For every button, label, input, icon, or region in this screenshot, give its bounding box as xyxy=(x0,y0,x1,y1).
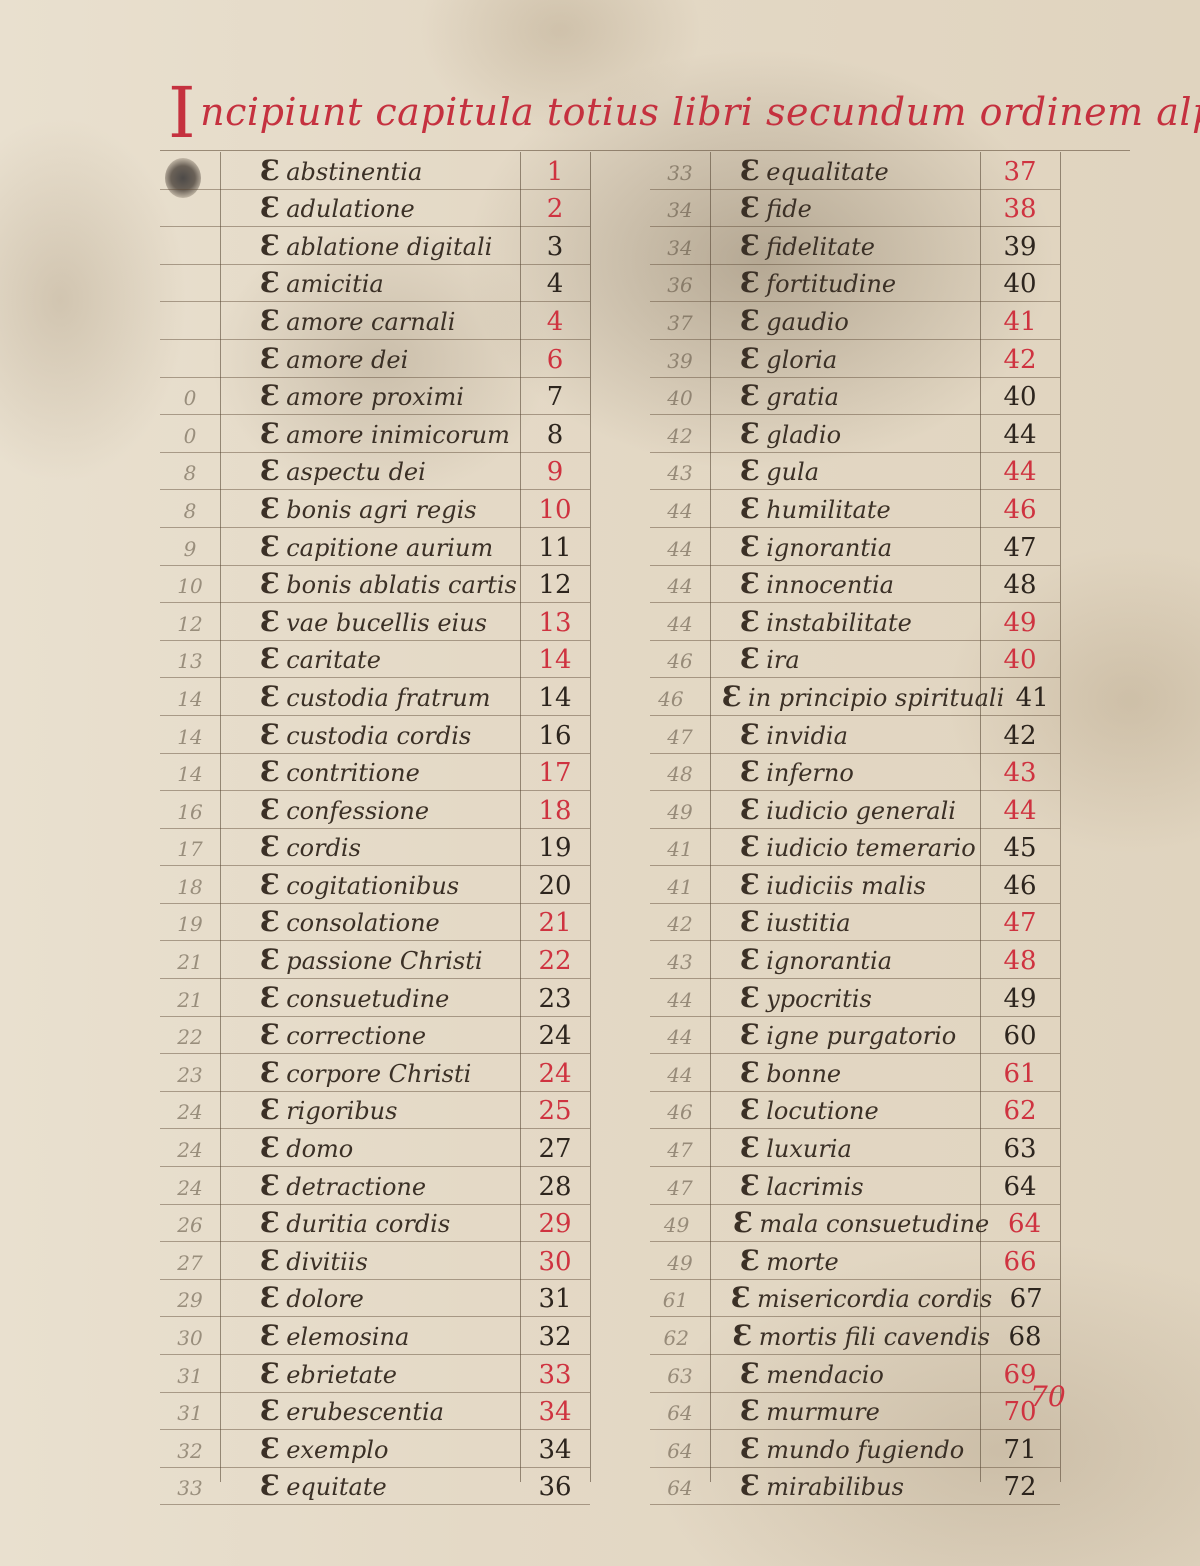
left-capitula-column: Ɛabstinentia1Ɛadulatione2Ɛablatione digi… xyxy=(160,152,590,1505)
folio-number: 12 xyxy=(160,612,220,640)
capitulum-title: Ɛrigoribus xyxy=(220,1093,520,1128)
folio-number: 41 xyxy=(650,837,710,865)
capitulum-row: Ɛadulatione2 xyxy=(160,190,590,228)
capitulum-row: 24Ɛdomo27 xyxy=(160,1129,590,1167)
capitulum-title-text: misericordia cordis xyxy=(757,1285,992,1313)
chapter-number: 21 xyxy=(520,908,590,940)
capitulum-row: 44Ɛhumilitate46 xyxy=(650,490,1060,528)
capitulum-row: 39Ɛgloria42 xyxy=(650,340,1060,378)
capitulum-title-text: amore proximi xyxy=(286,383,464,411)
capitulum-title: Ɛiustitia xyxy=(710,905,980,940)
folio-number xyxy=(160,222,220,226)
capitulum-title: Ɛfortitudine xyxy=(710,266,980,301)
folio-number: 62 xyxy=(650,1326,703,1354)
de-abbreviation-mark: Ɛ xyxy=(740,642,760,675)
capitulum-title-text: invidia xyxy=(766,722,848,750)
capitulum-row: 27Ɛdivitiis30 xyxy=(160,1242,590,1280)
capitulum-title-text: luxuria xyxy=(766,1135,852,1163)
capitulum-title: Ɛmortis fili cavendis xyxy=(703,1319,990,1354)
chapter-number: 27 xyxy=(520,1134,590,1166)
capitulum-title-text: instabilitate xyxy=(766,609,912,637)
capitulum-title-text: ignorantia xyxy=(766,534,892,562)
capitulum-title: Ɛequitate xyxy=(220,1469,520,1504)
de-abbreviation-mark: Ɛ xyxy=(733,1206,753,1239)
folio-number: 44 xyxy=(650,1063,710,1091)
capitulum-title: Ɛmundo fugiendo xyxy=(710,1432,980,1467)
capitulum-title: Ɛinvidia xyxy=(710,718,980,753)
capitulum-title-text: rigoribus xyxy=(286,1097,397,1125)
folio-number: 49 xyxy=(650,1213,703,1241)
capitulum-title-text: bonis ablatis cartis xyxy=(286,571,517,599)
folio-number: 47 xyxy=(650,1176,710,1204)
de-abbreviation-mark: Ɛ xyxy=(260,1281,280,1314)
capitulum-row: 49Ɛiudicio generali44 xyxy=(650,791,1060,829)
folio-number: 47 xyxy=(650,1138,710,1166)
chapter-number: 19 xyxy=(520,833,590,865)
capitulum-row: 44Ɛypocritis49 xyxy=(650,979,1060,1017)
capitulum-title-text: ablatione digitali xyxy=(286,233,492,261)
folio-number: 14 xyxy=(160,687,220,715)
chapter-number: 64 xyxy=(989,1209,1060,1241)
capitulum-row: 31Ɛebrietate33 xyxy=(160,1355,590,1393)
capitulum-title: Ɛgloria xyxy=(710,342,980,377)
de-abbreviation-mark: Ɛ xyxy=(740,1357,760,1390)
de-abbreviation-mark: Ɛ xyxy=(740,868,760,901)
folio-number: 22 xyxy=(160,1025,220,1053)
folio-number: 8 xyxy=(160,461,220,489)
capitulum-title-text: caritate xyxy=(286,646,381,674)
capitulum-row: 43Ɛignorantia48 xyxy=(650,941,1060,979)
capitulum-row: 8Ɛbonis agri regis10 xyxy=(160,490,590,528)
de-abbreviation-mark: Ɛ xyxy=(740,1056,760,1089)
capitulum-row: 14Ɛcustodia cordis16 xyxy=(160,716,590,754)
folio-number: 43 xyxy=(650,461,710,489)
capitulum-title: Ɛigne purgatorio xyxy=(710,1018,980,1053)
capitulum-title-text: ypocritis xyxy=(766,985,872,1013)
de-abbreviation-mark: Ɛ xyxy=(722,680,742,713)
folio-number: 44 xyxy=(650,612,710,640)
capitulum-title-text: ignorantia xyxy=(766,947,892,975)
capitulum-title-text: erubescentia xyxy=(286,1398,444,1426)
de-abbreviation-mark: Ɛ xyxy=(260,191,280,224)
folio-number: 36 xyxy=(650,273,710,301)
de-abbreviation-mark: Ɛ xyxy=(260,530,280,563)
de-abbreviation-mark: Ɛ xyxy=(740,304,760,337)
de-abbreviation-mark: Ɛ xyxy=(740,793,760,826)
folio-number: 24 xyxy=(160,1176,220,1204)
folio-number: 44 xyxy=(650,537,710,565)
capitulum-row: 41Ɛiudicio temerario45 xyxy=(650,829,1060,867)
chapter-number: 43 xyxy=(980,758,1060,790)
capitulum-title-text: amore inimicorum xyxy=(286,421,510,449)
chapter-number: 14 xyxy=(520,683,590,715)
capitulum-row: 18Ɛcogitationibus20 xyxy=(160,866,590,904)
capitulum-row: 42Ɛgladio44 xyxy=(650,415,1060,453)
outer-ruling-line xyxy=(1060,152,1061,1482)
folio-number: 31 xyxy=(160,1364,220,1392)
capitulum-row: 42Ɛiustitia47 xyxy=(650,904,1060,942)
folio-number: 13 xyxy=(160,649,220,677)
capitulum-title-text: gratia xyxy=(766,383,839,411)
chapter-number: 38 xyxy=(980,194,1060,226)
capitulum-title: Ɛiudiciis malis xyxy=(710,868,980,903)
capitulum-title: Ɛira xyxy=(710,642,980,677)
de-abbreviation-mark: Ɛ xyxy=(260,793,280,826)
de-abbreviation-mark: Ɛ xyxy=(740,1131,760,1164)
capitulum-title-text: amore carnali xyxy=(286,308,455,336)
capitulum-title-text: divitiis xyxy=(286,1248,368,1276)
capitulum-row: Ɛablatione digitali3 xyxy=(160,227,590,265)
capitulum-row: 0Ɛamore proximi7 xyxy=(160,378,590,416)
chapter-number: 39 xyxy=(980,232,1060,264)
folio-number xyxy=(160,297,220,301)
de-abbreviation-mark: Ɛ xyxy=(260,1093,280,1126)
chapter-number: 48 xyxy=(980,570,1060,602)
folio-number: 64 xyxy=(650,1476,710,1504)
chapter-number: 17 xyxy=(520,758,590,790)
folio-number: 41 xyxy=(650,875,710,903)
capitulum-title-text: bonne xyxy=(766,1060,841,1088)
folio-number: 0 xyxy=(160,386,220,414)
capitulum-title-text: gaudio xyxy=(766,308,849,336)
chapter-number: 68 xyxy=(990,1322,1060,1354)
heading-text: ncipiunt capitula totius libri secundum … xyxy=(200,90,1200,134)
capitulum-title-text: consuetudine xyxy=(286,985,449,1013)
capitulum-title-text: corpore Christi xyxy=(286,1060,471,1088)
capitulum-row: 46Ɛin principio spirituali41 xyxy=(650,678,1060,716)
folio-number: 46 xyxy=(650,649,710,677)
capitulum-title-text: correctione xyxy=(286,1022,426,1050)
chapter-number: 9 xyxy=(520,457,590,489)
chapter-number: 11 xyxy=(520,533,590,565)
chapter-number: 49 xyxy=(980,608,1060,640)
capitulum-row: 21Ɛconsuetudine23 xyxy=(160,979,590,1017)
capitulum-title-text: equitate xyxy=(286,1473,387,1501)
capitulum-row: 23Ɛcorpore Christi24 xyxy=(160,1054,590,1092)
de-abbreviation-mark: Ɛ xyxy=(740,605,760,638)
capitulum-row: 31Ɛerubescentia34 xyxy=(160,1393,590,1431)
de-abbreviation-mark: Ɛ xyxy=(740,454,760,487)
de-abbreviation-mark: Ɛ xyxy=(740,530,760,563)
de-abbreviation-mark: Ɛ xyxy=(740,492,760,525)
capitulum-title: Ɛaspectu dei xyxy=(220,454,520,489)
chapter-number: 42 xyxy=(980,721,1060,753)
capitulum-title-text: ira xyxy=(766,646,799,674)
capitulum-row: 40Ɛgratia40 xyxy=(650,378,1060,416)
de-abbreviation-mark: Ɛ xyxy=(260,379,280,412)
folio-number: 26 xyxy=(160,1213,220,1241)
de-abbreviation-mark: Ɛ xyxy=(260,304,280,337)
de-abbreviation-mark: Ɛ xyxy=(740,379,760,412)
capitulum-title-text: equalitate xyxy=(766,158,888,186)
folio-number: 33 xyxy=(650,161,710,189)
chapter-number: 3 xyxy=(520,232,590,264)
chapter-number: 61 xyxy=(980,1059,1060,1091)
de-abbreviation-mark: Ɛ xyxy=(260,981,280,1014)
chapter-number: 64 xyxy=(980,1172,1060,1204)
capitulum-title-text: confessione xyxy=(286,797,429,825)
de-abbreviation-mark: Ɛ xyxy=(740,266,760,299)
capitulum-title: Ɛcogitationibus xyxy=(220,868,520,903)
de-abbreviation-mark: Ɛ xyxy=(260,1018,280,1051)
de-abbreviation-mark: Ɛ xyxy=(260,417,280,450)
capitulum-title-text: vae bucellis eius xyxy=(286,609,487,637)
folio-number: 16 xyxy=(160,800,220,828)
rubricated-initial: I xyxy=(168,78,196,148)
capitulum-title-text: contritione xyxy=(286,759,420,787)
folio-number: 27 xyxy=(160,1251,220,1279)
folio-number: 14 xyxy=(160,762,220,790)
de-abbreviation-mark: Ɛ xyxy=(260,1394,280,1427)
capitulum-title: Ɛamore inimicorum xyxy=(220,417,520,452)
capitulum-title-text: exemplo xyxy=(286,1436,388,1464)
capitulum-title-text: gladio xyxy=(766,421,841,449)
de-abbreviation-mark: Ɛ xyxy=(260,342,280,375)
folio-number: 31 xyxy=(160,1401,220,1429)
folio-number: 48 xyxy=(650,762,710,790)
capitulum-row: 19Ɛconsolatione21 xyxy=(160,904,590,942)
chapter-number: 40 xyxy=(980,382,1060,414)
de-abbreviation-mark: Ɛ xyxy=(260,680,280,713)
folio-number: 44 xyxy=(650,499,710,527)
capitulum-title-text: ebrietate xyxy=(286,1361,397,1389)
capitulum-title: Ɛcapitione aurium xyxy=(220,530,520,565)
capitulum-title-text: mundo fugiendo xyxy=(766,1436,964,1464)
folio-number: 33 xyxy=(160,1476,220,1504)
capitulum-title: Ɛconfessione xyxy=(220,793,520,828)
capitulum-title-text: capitione aurium xyxy=(286,534,493,562)
chapter-number: 37 xyxy=(980,157,1060,189)
de-abbreviation-mark: Ɛ xyxy=(733,1319,753,1352)
de-abbreviation-mark: Ɛ xyxy=(260,1432,280,1465)
folio-number: 61 xyxy=(650,1288,701,1316)
capitulum-row: 64Ɛmurmure70 xyxy=(650,1393,1060,1431)
capitulum-title: Ɛcorrectione xyxy=(220,1018,520,1053)
chapter-number: 28 xyxy=(520,1172,590,1204)
capitulum-title: Ɛgratia xyxy=(710,379,980,414)
folio-number: 64 xyxy=(650,1401,710,1429)
margin-annotation: 70 xyxy=(1030,1380,1066,1413)
capitulum-row: 12Ɛvae bucellis eius13 xyxy=(160,603,590,641)
chapter-number: 22 xyxy=(520,946,590,978)
capitulum-row: 29Ɛdolore31 xyxy=(160,1280,590,1318)
capitulum-title: Ɛiudicio generali xyxy=(710,793,980,828)
capitulum-title: Ɛconsuetudine xyxy=(220,981,520,1016)
capitulum-title: Ɛfidelitate xyxy=(710,229,980,264)
de-abbreviation-mark: Ɛ xyxy=(260,1319,280,1352)
capitulum-title-text: morte xyxy=(766,1248,839,1276)
capitulum-row: 33Ɛequalitate37 xyxy=(650,152,1060,190)
capitulum-title-text: aspectu dei xyxy=(286,458,426,486)
capitulum-row: 37Ɛgaudio41 xyxy=(650,302,1060,340)
capitulum-title: Ɛdivitiis xyxy=(220,1244,520,1279)
chapter-number: 16 xyxy=(520,721,590,753)
capitulum-title: Ɛbonis agri regis xyxy=(220,492,520,527)
capitulum-title-text: custodia fratrum xyxy=(286,684,490,712)
capitulum-row: 64Ɛmirabilibus72 xyxy=(650,1468,1060,1506)
capitulum-title-text: custodia cordis xyxy=(286,722,471,750)
capitulum-title-text: iudicio temerario xyxy=(766,834,976,862)
capitulum-row: 47Ɛluxuria63 xyxy=(650,1129,1060,1167)
right-capitula-column: 33Ɛequalitate3734Ɛfide3834Ɛfidelitate393… xyxy=(650,152,1060,1505)
folio-number: 40 xyxy=(650,386,710,414)
capitulum-title: Ɛinstabilitate xyxy=(710,605,980,640)
de-abbreviation-mark: Ɛ xyxy=(260,567,280,600)
capitulum-row: 24Ɛdetractione28 xyxy=(160,1167,590,1205)
folio-number: 23 xyxy=(160,1063,220,1091)
capitulum-title-text: humilitate xyxy=(766,496,891,524)
folio-number xyxy=(160,185,220,189)
capitulum-row: 64Ɛmundo fugiendo71 xyxy=(650,1430,1060,1468)
capitulum-title: Ɛebrietate xyxy=(220,1357,520,1392)
chapter-number: 46 xyxy=(980,495,1060,527)
capitulum-title: Ɛamicitia xyxy=(220,266,520,301)
de-abbreviation-mark: Ɛ xyxy=(260,1469,280,1502)
chapter-number: 71 xyxy=(980,1435,1060,1467)
de-abbreviation-mark: Ɛ xyxy=(260,1357,280,1390)
de-abbreviation-mark: Ɛ xyxy=(260,154,280,187)
de-abbreviation-mark: Ɛ xyxy=(260,830,280,863)
folio-number: 49 xyxy=(650,1251,710,1279)
capitulum-title: Ɛamore carnali xyxy=(220,304,520,339)
capitulum-row: 30Ɛelemosina32 xyxy=(160,1317,590,1355)
chapter-number: 18 xyxy=(520,796,590,828)
de-abbreviation-mark: Ɛ xyxy=(740,342,760,375)
chapter-number: 24 xyxy=(520,1059,590,1091)
capitulum-title: Ɛgaudio xyxy=(710,304,980,339)
de-abbreviation-mark: Ɛ xyxy=(740,1394,760,1427)
folio-number: 39 xyxy=(650,349,710,377)
folio-number: 29 xyxy=(160,1288,220,1316)
capitulum-row: 46Ɛlocutione62 xyxy=(650,1092,1060,1130)
incipit-heading: Incipiunt capitula totius libri secundum… xyxy=(168,78,1128,148)
chapter-number: 33 xyxy=(520,1360,590,1392)
manuscript-page: Incipiunt capitula totius libri secundum… xyxy=(0,0,1200,1566)
capitulum-row: 41Ɛiudiciis malis46 xyxy=(650,866,1060,904)
folio-number: 32 xyxy=(160,1439,220,1467)
chapter-number: 49 xyxy=(980,984,1060,1016)
de-abbreviation-mark: Ɛ xyxy=(260,905,280,938)
capitulum-row: 10Ɛbonis ablatis cartis12 xyxy=(160,566,590,604)
capitulum-row: 14Ɛcustodia fratrum14 xyxy=(160,678,590,716)
folio-number: 49 xyxy=(650,800,710,828)
folio-number: 34 xyxy=(650,198,710,226)
chapter-number: 63 xyxy=(980,1134,1060,1166)
capitulum-row: 13Ɛcaritate14 xyxy=(160,641,590,679)
chapter-number: 2 xyxy=(520,194,590,226)
capitulum-title: Ɛinferno xyxy=(710,755,980,790)
capitulum-row: Ɛamore carnali4 xyxy=(160,302,590,340)
capitulum-title-text: inferno xyxy=(766,759,854,787)
de-abbreviation-mark: Ɛ xyxy=(260,943,280,976)
folio-number: 10 xyxy=(160,574,220,602)
de-abbreviation-mark: Ɛ xyxy=(740,981,760,1014)
folio-number: 37 xyxy=(650,311,710,339)
capitulum-title: Ɛconsolatione xyxy=(220,905,520,940)
chapter-number: 20 xyxy=(520,871,590,903)
chapter-number: 23 xyxy=(520,984,590,1016)
capitulum-title: Ɛvae bucellis eius xyxy=(220,605,520,640)
capitulum-title: Ɛcustodia fratrum xyxy=(220,680,520,715)
de-abbreviation-mark: Ɛ xyxy=(740,567,760,600)
chapter-number: 12 xyxy=(520,570,590,602)
capitulum-row: 48Ɛinferno43 xyxy=(650,754,1060,792)
capitulum-title: Ɛablatione digitali xyxy=(220,229,520,264)
capitulum-title: Ɛpassione Christi xyxy=(220,943,520,978)
capitulum-title: Ɛabstinentia xyxy=(220,154,520,189)
capitulum-row: 33Ɛequitate36 xyxy=(160,1468,590,1506)
chapter-number: 7 xyxy=(520,382,590,414)
de-abbreviation-mark: Ɛ xyxy=(260,266,280,299)
chapter-number: 67 xyxy=(992,1284,1060,1316)
capitulum-title: Ɛinnocentia xyxy=(710,567,980,602)
folio-number: 43 xyxy=(650,950,710,978)
de-abbreviation-mark: Ɛ xyxy=(740,830,760,863)
capitulum-row: 61Ɛmisericordia cordis67 xyxy=(650,1280,1060,1318)
capitulum-title: Ɛcaritate xyxy=(220,642,520,677)
capitulum-row: 17Ɛcordis19 xyxy=(160,829,590,867)
capitulum-row: 46Ɛira40 xyxy=(650,641,1060,679)
chapter-number: 44 xyxy=(980,796,1060,828)
capitulum-row: 24Ɛrigoribus25 xyxy=(160,1092,590,1130)
capitulum-title-text: adulatione xyxy=(286,195,415,223)
chapter-number: 44 xyxy=(980,457,1060,489)
folio-number: 44 xyxy=(650,1025,710,1053)
folio-number: 18 xyxy=(160,875,220,903)
de-abbreviation-mark: Ɛ xyxy=(740,1169,760,1202)
capitulum-title-text: mala consuetudine xyxy=(759,1210,989,1238)
chapter-number: 72 xyxy=(980,1472,1060,1504)
capitulum-title: Ɛfide xyxy=(710,191,980,226)
de-abbreviation-mark: Ɛ xyxy=(260,1131,280,1164)
capitulum-title-text: amore dei xyxy=(286,346,408,374)
de-abbreviation-mark: Ɛ xyxy=(260,1169,280,1202)
capitulum-title-text: iustitia xyxy=(766,909,850,937)
chapter-number: 66 xyxy=(980,1247,1060,1279)
de-abbreviation-mark: Ɛ xyxy=(260,1056,280,1089)
capitulum-title: Ɛgula xyxy=(710,454,980,489)
capitulum-row: 21Ɛpassione Christi22 xyxy=(160,941,590,979)
de-abbreviation-mark: Ɛ xyxy=(740,191,760,224)
de-abbreviation-mark: Ɛ xyxy=(260,718,280,751)
folio-number: 8 xyxy=(160,499,220,527)
capitulum-row: 44Ɛignorantia47 xyxy=(650,528,1060,566)
capitulum-title: Ɛhumilitate xyxy=(710,492,980,527)
folio-number: 44 xyxy=(650,574,710,602)
capitulum-row: 36Ɛfortitudine40 xyxy=(650,265,1060,303)
chapter-number: 13 xyxy=(520,608,590,640)
chapter-number: 45 xyxy=(980,833,1060,865)
capitulum-title: Ɛmala consuetudine xyxy=(703,1206,989,1241)
capitulum-title-text: fortitudine xyxy=(766,270,896,298)
de-abbreviation-mark: Ɛ xyxy=(740,905,760,938)
folio-number: 0 xyxy=(160,424,220,452)
capitulum-title: Ɛcontritione xyxy=(220,755,520,790)
chapter-number: 36 xyxy=(520,1472,590,1504)
folio-number: 9 xyxy=(160,537,220,565)
capitulum-title-text: iudiciis malis xyxy=(766,872,926,900)
de-abbreviation-mark: Ɛ xyxy=(740,1018,760,1051)
capitulum-title: Ɛbonne xyxy=(710,1056,980,1091)
de-abbreviation-mark: Ɛ xyxy=(260,454,280,487)
de-abbreviation-mark: Ɛ xyxy=(740,1469,760,1502)
capitulum-title: Ɛmirabilibus xyxy=(710,1469,980,1504)
chapter-number: 30 xyxy=(520,1247,590,1279)
capitulum-title: Ɛmendacio xyxy=(710,1357,980,1392)
folio-number: 47 xyxy=(650,725,710,753)
capitulum-row: 9Ɛcapitione aurium11 xyxy=(160,528,590,566)
capitulum-row: 16Ɛconfessione18 xyxy=(160,791,590,829)
